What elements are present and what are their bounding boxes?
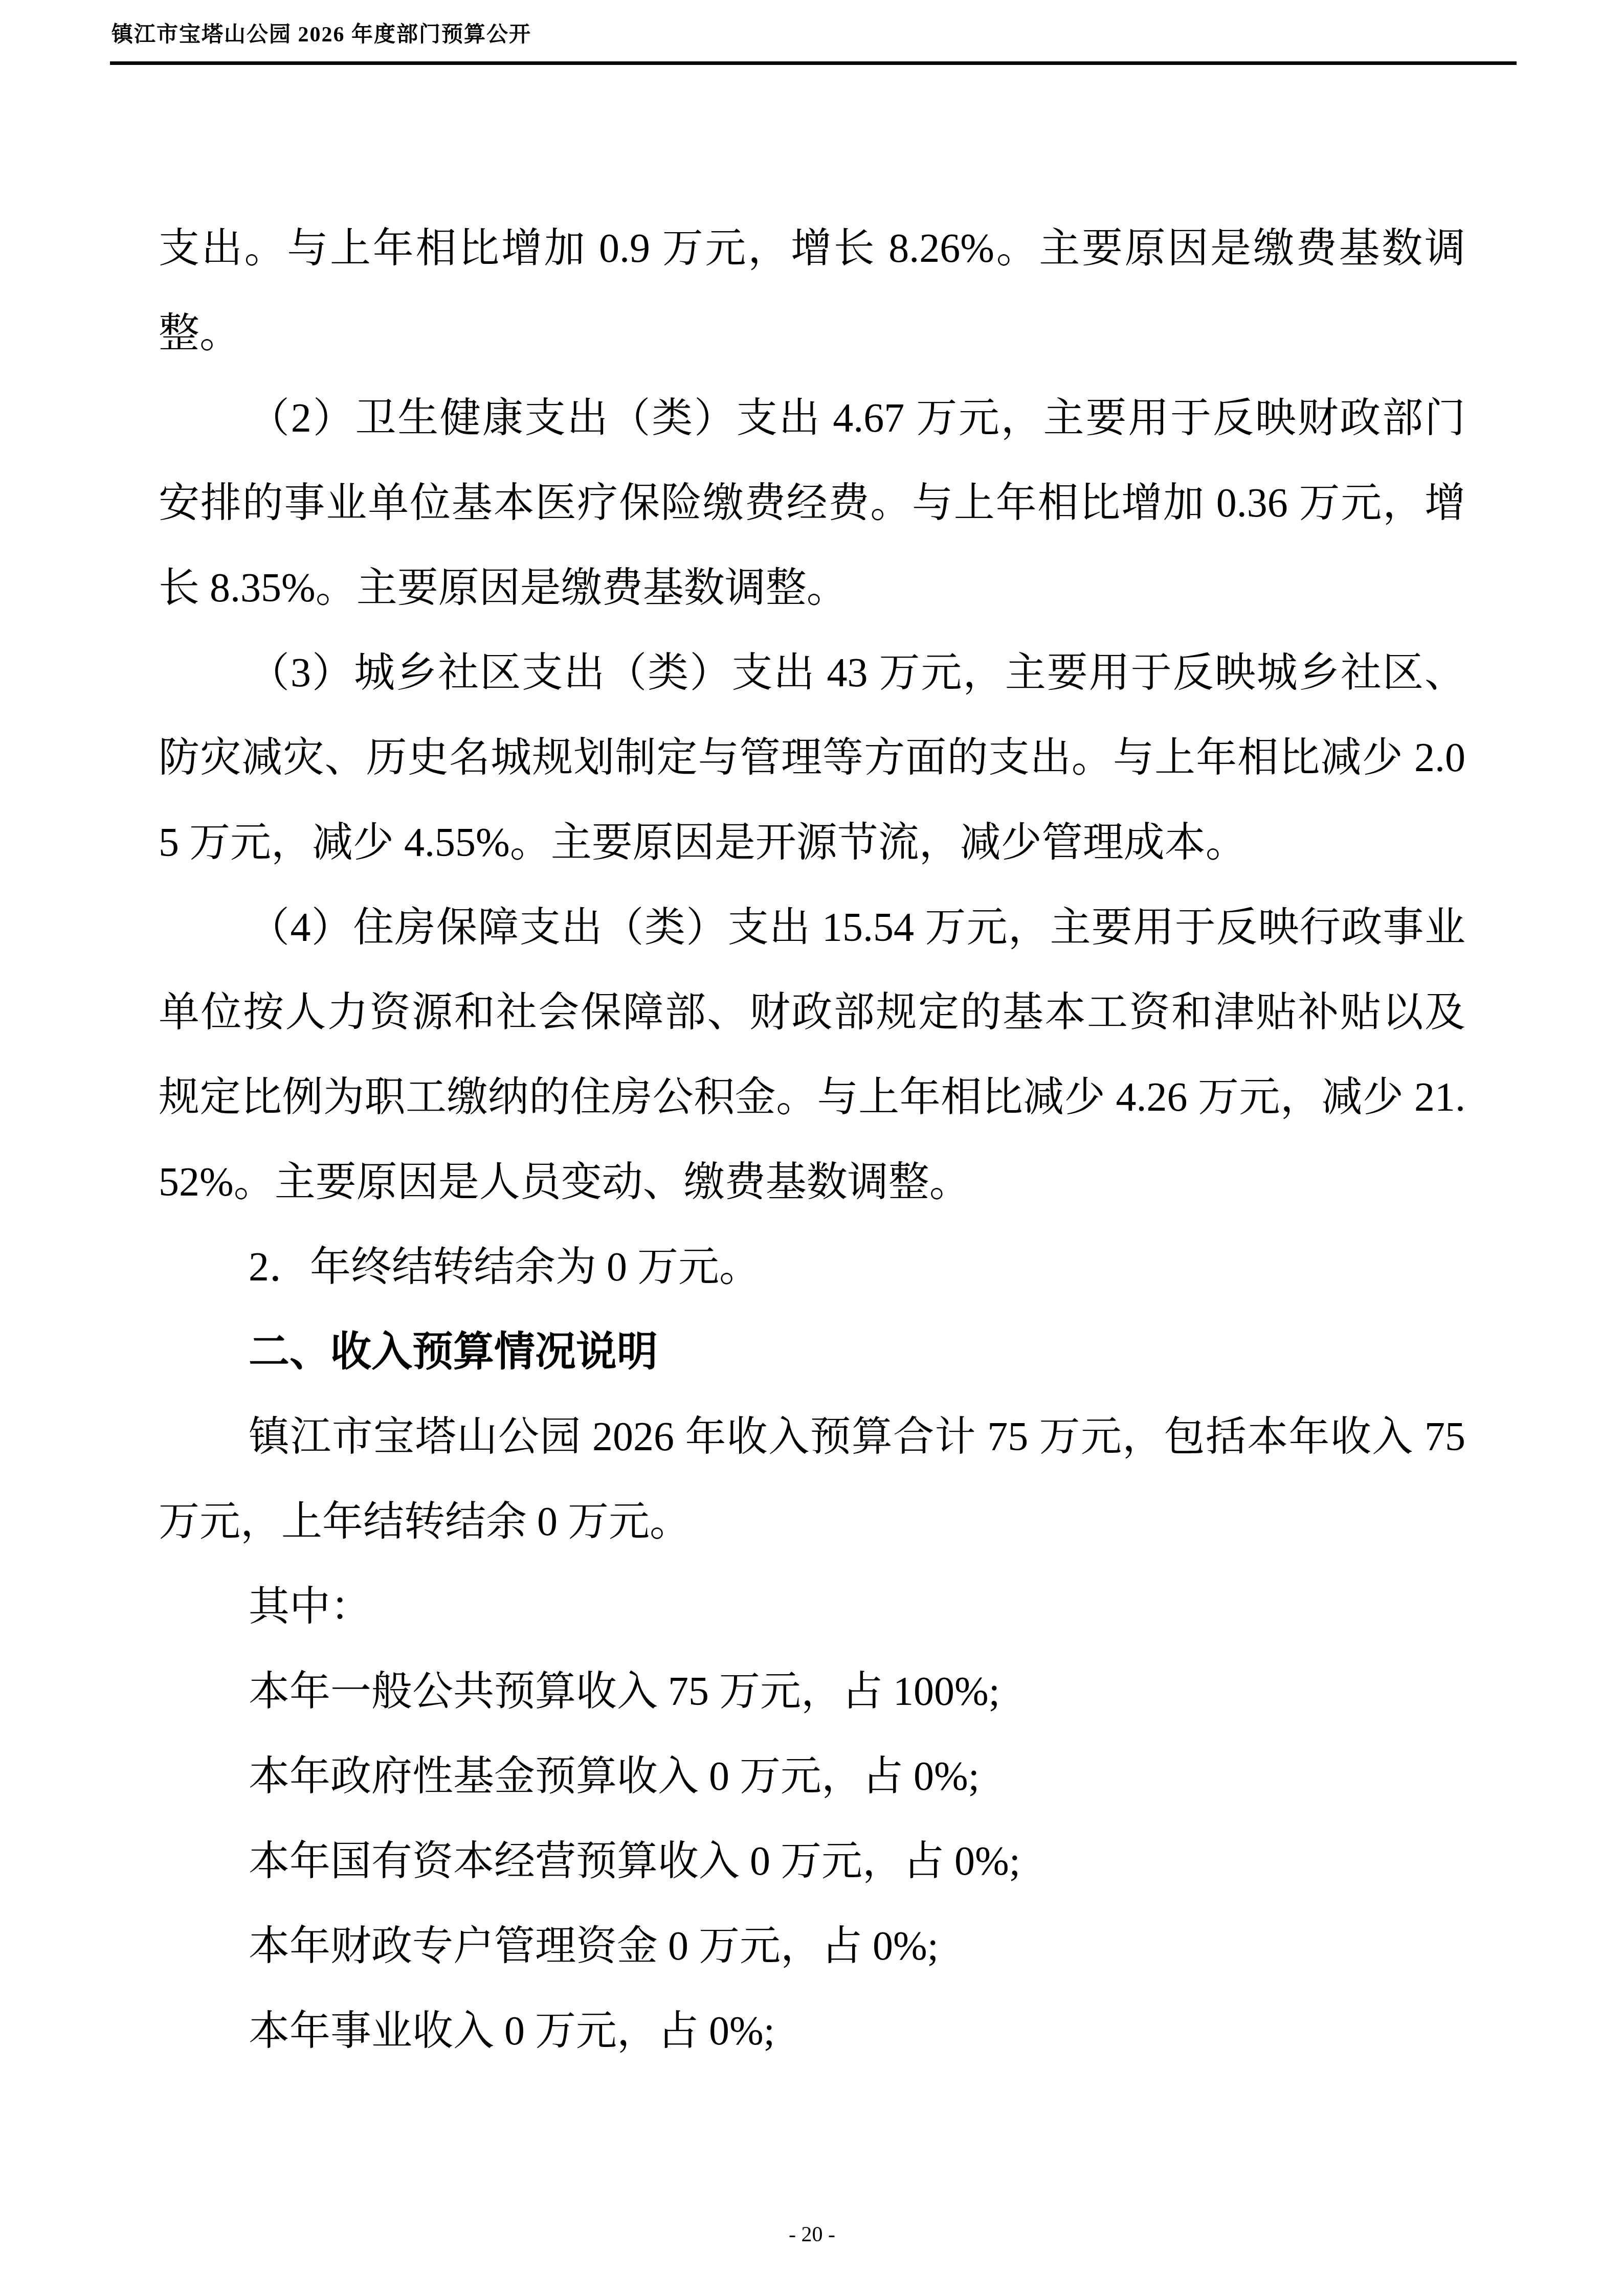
paragraph: 支出。与上年相比增加 0.9 万元，增长 8.26%。主要原因是缴费基数调整。 (159, 206, 1465, 376)
document-body: 支出。与上年相比增加 0.9 万元，增长 8.26%。主要原因是缴费基数调整。（… (159, 206, 1465, 2074)
document-header-title: 镇江市宝塔山公园 2026 年度部门预算公开 (112, 21, 531, 48)
paragraph: （2）卫生健康支出（类）支出 4.67 万元，主要用于反映财政部门安排的事业单位… (159, 376, 1465, 631)
paragraph: 本年政府性基金预算收入 0 万元，占 0%; (159, 1734, 1465, 1819)
paragraph: 本年一般公共预算收入 75 万元，占 100%; (159, 1649, 1465, 1734)
header-rule-divider (110, 61, 1517, 65)
paragraph: 本年财政专户管理资金 0 万元，占 0%; (159, 1904, 1465, 1989)
paragraph: （3）城乡社区支出（类）支出 43 万元，主要用于反映城乡社区、防灾减灾、历史名… (159, 631, 1465, 885)
page-number: - 20 - (0, 2219, 1624, 2250)
paragraph: 2．年终结转结余为 0 万元。 (159, 1225, 1465, 1310)
paragraph: 其中： (159, 1564, 1465, 1649)
paragraph: 本年国有资本经营预算收入 0 万元，占 0%; (159, 1819, 1465, 1904)
paragraph: 镇江市宝塔山公园 2026 年收入预算合计 75 万元，包括本年收入 75 万元… (159, 1394, 1465, 1564)
paragraph: （4）住房保障支出（类）支出 15.54 万元，主要用于反映行政事业单位按人力资… (159, 885, 1465, 1225)
document-page: 镇江市宝塔山公园 2026 年度部门预算公开 支出。与上年相比增加 0.9 万元… (0, 0, 1624, 2296)
section-heading: 二、收入预算情况说明 (159, 1310, 1465, 1394)
paragraph: 本年事业收入 0 万元，占 0%; (159, 1989, 1465, 2074)
